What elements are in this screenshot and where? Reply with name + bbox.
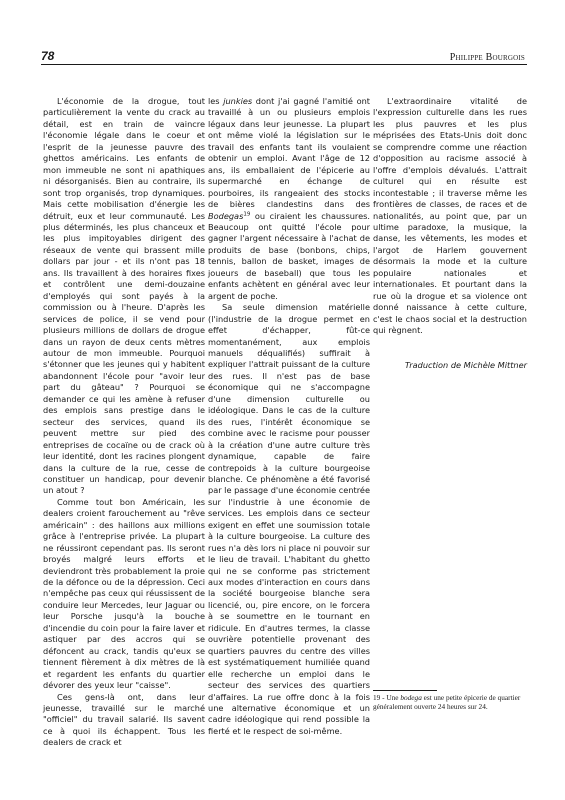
text-column-3: L'extraordinaire vitalité de l'expressio… bbox=[373, 96, 527, 371]
footnote-19: 19 - Une bodega est une petite épicerie … bbox=[373, 694, 525, 711]
paragraph: L'extraordinaire vitalité de l'expressio… bbox=[373, 96, 527, 337]
running-head-author: Philippe Bourgois bbox=[450, 52, 525, 63]
text-span: ou ciraient les chaussures. Beaucoup ont… bbox=[208, 211, 370, 301]
paragraph: Ces gens-là ont, dans leur jeunesse, tra… bbox=[43, 692, 205, 749]
text-span: dont j'ai gagné l'amitié ont travaillé à… bbox=[208, 96, 370, 209]
paragraph-continued: les junkies dont j'ai gagné l'amitié ont… bbox=[208, 96, 370, 302]
italic-term: junkies bbox=[223, 96, 252, 106]
paragraph: Sa seule dimension matérielle (l'industr… bbox=[208, 302, 370, 737]
text-column-2: les junkies dont j'ai gagné l'amitié ont… bbox=[208, 96, 370, 737]
text-column-1: L'économie de la drogue, tout particuliè… bbox=[43, 96, 205, 749]
paragraph: L'économie de la drogue, tout particuliè… bbox=[43, 96, 205, 497]
paragraph: Comme tout bon Américain, les dealers cr… bbox=[43, 497, 205, 692]
translation-credit: Traduction de Michèle Mittner bbox=[373, 360, 527, 371]
footnote-rule bbox=[373, 690, 437, 691]
text-span: les bbox=[208, 96, 223, 106]
page-number: 78 bbox=[41, 49, 54, 63]
italic-term: Bodegas bbox=[208, 211, 243, 221]
header-rule bbox=[41, 64, 527, 65]
